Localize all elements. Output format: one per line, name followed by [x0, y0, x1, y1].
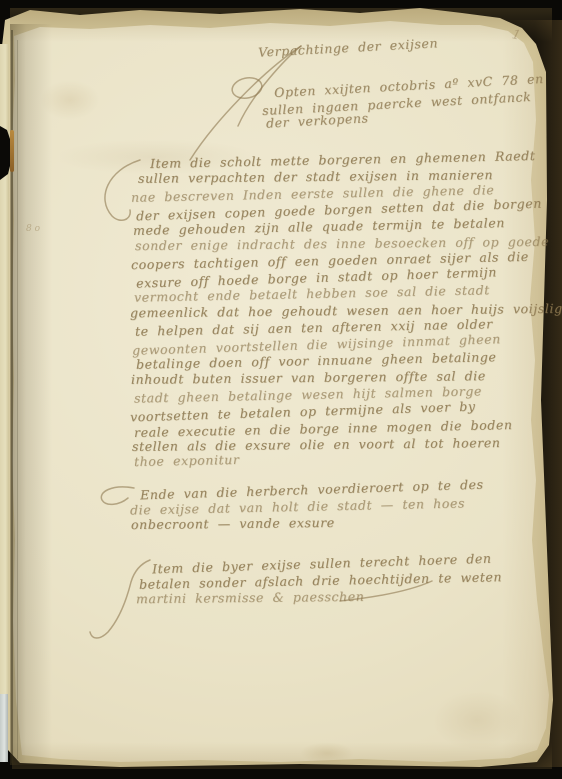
top-edge-shading: [10, 8, 552, 48]
clause2-line: onbecroont — vande exsure: [131, 515, 335, 532]
manuscript-photo: 1 8 o Verpachtinge der exijsen Opten xxi…: [0, 0, 562, 779]
margin-mark: 8 o: [26, 224, 40, 234]
underlying-page-sliver-bottom: [0, 694, 8, 762]
clause3-line: martini kersmisse & paesschen: [136, 589, 365, 606]
gutter-crease-faint: [17, 40, 18, 759]
body-line: thoe exponitur: [134, 452, 240, 469]
bottom-edge-shading: [12, 739, 552, 769]
right-edge-shading: [502, 20, 562, 767]
binding-leather-sliver: [10, 130, 14, 172]
